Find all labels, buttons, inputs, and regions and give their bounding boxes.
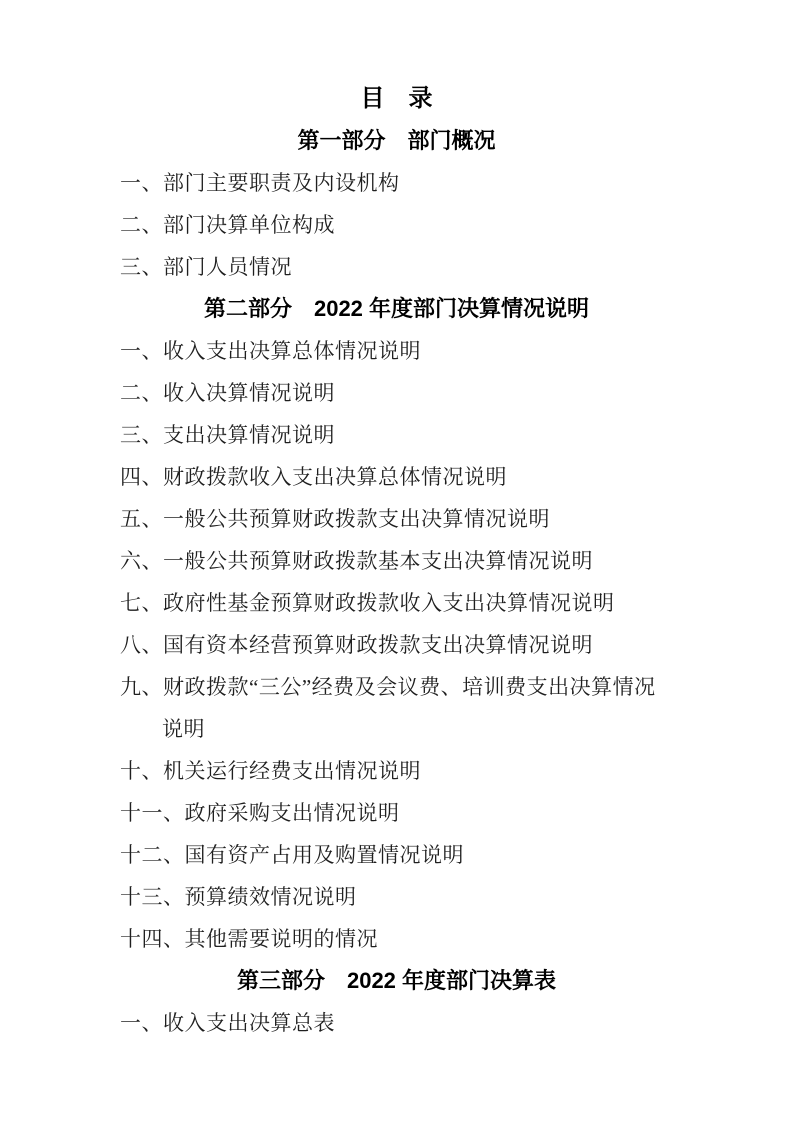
section-heading-part2: 第二部分 2022 年度部门决算情况说明 [0,288,793,330]
section-heading-part1: 第一部分 部门概况 [0,120,793,162]
toc-item: 六、一般公共预算财政拨款基本支出决算情况说明 [0,540,793,582]
toc-item: 一、收入支出决算总体情况说明 [0,330,793,372]
toc-item: 十、机关运行经费支出情况说明 [0,750,793,792]
section-heading-part3: 第三部分 2022 年度部门决算表 [0,960,793,1002]
toc-item: 一、部门主要职责及内设机构 [0,162,793,204]
toc-item: 三、部门人员情况 [0,246,793,288]
toc-item: 九、财政拨款“三公”经费及会议费、培训费支出决算情况 [0,666,793,708]
toc-item: 二、收入决算情况说明 [0,372,793,414]
toc-item: 八、国有资本经营预算财政拨款支出决算情况说明 [0,624,793,666]
toc-item: 十一、政府采购支出情况说明 [0,792,793,834]
document-page: 目 录 第一部分 部门概况 一、部门主要职责及内设机构 二、部门决算单位构成 三… [0,0,793,1122]
toc-item: 十二、国有资产占用及购置情况说明 [0,834,793,876]
toc-item: 十三、预算绩效情况说明 [0,876,793,918]
toc-item: 五、一般公共预算财政拨款支出决算情况说明 [0,498,793,540]
toc-item: 一、收入支出决算总表 [0,1002,793,1044]
toc-item: 三、支出决算情况说明 [0,414,793,456]
toc-item: 七、政府性基金预算财政拨款收入支出决算情况说明 [0,582,793,624]
toc-title: 目 录 [0,78,793,120]
toc-item-continuation: 说明 [0,708,793,750]
toc-item: 四、财政拨款收入支出决算总体情况说明 [0,456,793,498]
toc-item: 二、部门决算单位构成 [0,204,793,246]
toc-item: 十四、其他需要说明的情况 [0,918,793,960]
